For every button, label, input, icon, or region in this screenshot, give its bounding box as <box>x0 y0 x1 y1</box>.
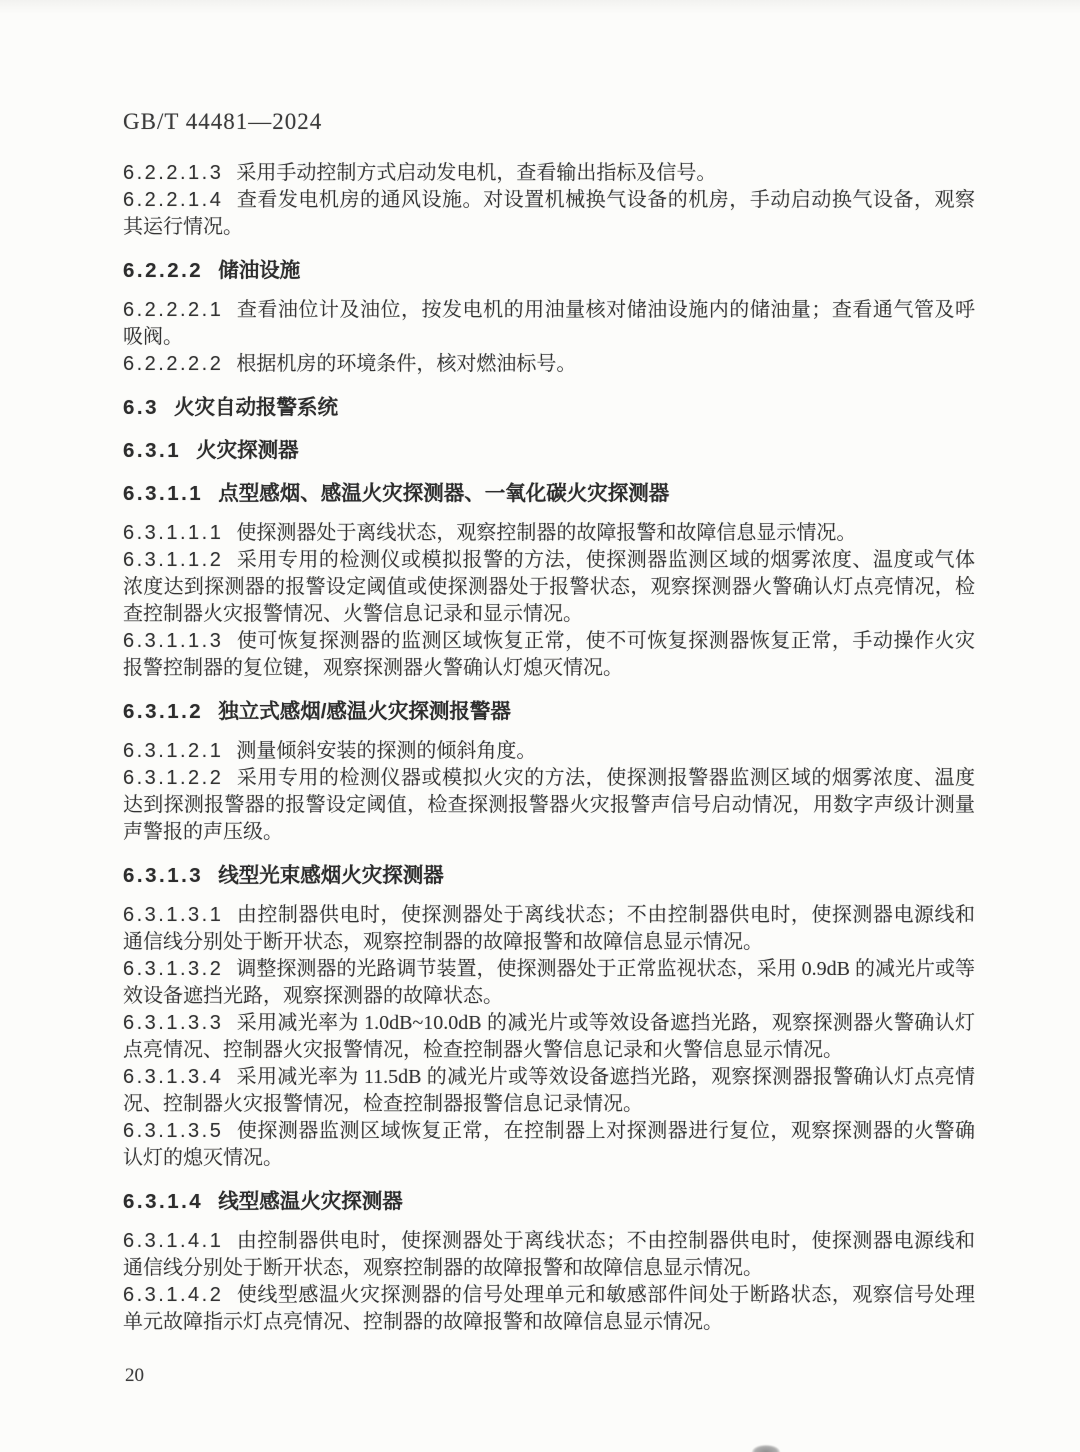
clause-text: 使探测器处于离线状态，观察控制器的故障报警和故障信息显示情况。 <box>236 522 856 544</box>
section-heading: 6.2.2.2储油设施 <box>123 257 975 284</box>
clause-number: 6.3.1.3.5 <box>123 1120 223 1142</box>
clause-text: 调整探测器的光路调节装置，使探测器处于正常监视状态，采用 0.9dB 的减光片或… <box>123 958 975 1007</box>
clause-number: 6.3.1.1.1 <box>123 522 223 544</box>
clause-paragraph: 6.2.2.1.4查看发电机房的通风设施。对设置机械换气设备的机房，手动启动换气… <box>123 187 975 241</box>
clause-paragraph: 6.2.2.1.3采用手动控制方式启动发电机，查看输出指标及信号。 <box>123 160 975 187</box>
clause-text: 采用手动控制方式启动发电机，查看输出指标及信号。 <box>236 162 716 184</box>
page-number: 20 <box>125 1364 144 1388</box>
clause-paragraph: 6.3.1.3.2调整探测器的光路调节装置，使探测器处于正常监视状态，采用 0.… <box>123 956 975 1010</box>
section-heading: 6.3.1.4线型感温火灾探测器 <box>123 1188 975 1215</box>
clause-number: 6.3.1.4.2 <box>123 1284 223 1306</box>
clause-text: 线型感温火灾探测器 <box>218 1190 403 1213</box>
clause-number: 6.2.2.2.2 <box>123 353 223 375</box>
clause-paragraph: 6.3.1.3.3采用减光率为 1.0dB~10.0dB 的减光片或等效设备遮挡… <box>123 1010 975 1064</box>
document-page: GB/T 44481—2024 6.2.2.1.3采用手动控制方式启动发电机，查… <box>0 0 1080 1452</box>
clause-text: 火灾探测器 <box>196 439 299 462</box>
clause-paragraph: 6.2.2.2.2根据机房的环境条件，核对燃油标号。 <box>123 351 975 378</box>
clause-text: 测量倾斜安装的探测的倾斜角度。 <box>236 740 536 762</box>
section-heading: 6.3.1.1点型感烟、感温火灾探测器、一氧化碳火灾探测器 <box>123 480 975 507</box>
clause-number: 6.3.1.1.3 <box>123 630 223 652</box>
clause-number: 6.2.2.2 <box>123 259 203 282</box>
clause-text: 采用专用的检测仪或模拟报警的方法，使探测器监测区域的烟雾浓度、温度或气体浓度达到… <box>123 549 975 625</box>
clause-number: 6.3.1.2 <box>123 700 203 723</box>
clause-paragraph: 6.3.1.4.2使线型感温火灾探测器的信号处理单元和敏感部件间处于断路状态，观… <box>123 1282 975 1336</box>
clause-number: 6.2.2.1.4 <box>123 189 223 211</box>
clause-number: 6.3.1.3.1 <box>123 904 223 926</box>
clause-text: 使线型感温火灾探测器的信号处理单元和敏感部件间处于断路状态，观察信号处理单元故障… <box>123 1284 975 1333</box>
clause-paragraph: 6.2.2.2.1查看油位计及油位，按发电机的用油量核对储油设施内的储油量；查看… <box>123 297 975 351</box>
clause-paragraph: 6.3.1.1.1使探测器处于离线状态，观察控制器的故障报警和故障信息显示情况。 <box>123 520 975 547</box>
clause-text: 由控制器供电时，使探测器处于离线状态；不由控制器供电时，使探测器电源线和通信线分… <box>123 904 975 953</box>
clause-paragraph: 6.3.1.1.3使可恢复探测器的监测区域恢复正常，使不可恢复探测器恢复正常，手… <box>123 628 975 682</box>
clause-text: 线型光束感烟火灾探测器 <box>218 864 444 887</box>
clause-number: 6.3.1.2.1 <box>123 740 223 762</box>
clause-number: 6.3.1.4 <box>123 1190 203 1213</box>
clause-paragraph: 6.3.1.3.5使探测器监测区域恢复正常，在控制器上对探测器进行复位，观察探测… <box>123 1118 975 1172</box>
document-body: 6.2.2.1.3采用手动控制方式启动发电机，查看输出指标及信号。6.2.2.1… <box>123 160 975 1336</box>
clause-number: 6.3.1.3 <box>123 864 203 887</box>
standard-number-header: GB/T 44481—2024 <box>123 108 975 135</box>
document-content: GB/T 44481—2024 6.2.2.1.3采用手动控制方式启动发电机，查… <box>123 108 975 1336</box>
clause-text: 由控制器供电时，使探测器处于离线状态；不由控制器供电时，使探测器电源线和通信线分… <box>123 1230 975 1279</box>
clause-number: 6.3.1.3.4 <box>123 1066 223 1088</box>
clause-text: 点型感烟、感温火灾探测器、一氧化碳火灾探测器 <box>218 482 669 505</box>
clause-text: 独立式感烟/感温火灾探测报警器 <box>218 700 511 723</box>
clause-text: 火灾自动报警系统 <box>174 396 338 419</box>
clause-number: 6.2.2.1.3 <box>123 162 223 184</box>
section-heading: 6.3.1.2独立式感烟/感温火灾探测报警器 <box>123 698 975 725</box>
clause-number: 6.3 <box>123 396 159 419</box>
section-heading: 6.3.1火灾探测器 <box>123 437 975 464</box>
clause-text: 使可恢复探测器的监测区域恢复正常，使不可恢复探测器恢复正常，手动操作火灾报警控制… <box>123 630 975 679</box>
clause-paragraph: 6.3.1.3.1由控制器供电时，使探测器处于离线状态；不由控制器供电时，使探测… <box>123 902 975 956</box>
clause-text: 查看发电机房的通风设施。对设置机械换气设备的机房，手动启动换气设备，观察其运行情… <box>123 189 975 238</box>
clause-number: 6.3.1.4.1 <box>123 1230 223 1252</box>
section-heading: 6.3.1.3线型光束感烟火灾探测器 <box>123 862 975 889</box>
clause-number: 6.3.1.1.2 <box>123 549 223 571</box>
clause-text: 采用专用的检测仪器或模拟火灾的方法，使探测报警器监测区域的烟雾浓度、温度达到探测… <box>123 767 975 843</box>
clause-number: 6.3.1.1 <box>123 482 203 505</box>
section-heading: 6.3火灾自动报警系统 <box>123 394 975 421</box>
clause-text: 采用减光率为 1.0dB~10.0dB 的减光片或等效设备遮挡光路，观察探测器火… <box>123 1012 975 1061</box>
clause-text: 查看油位计及油位，按发电机的用油量核对储油设施内的储油量；查看通气管及呼吸阀。 <box>123 299 975 348</box>
clause-text: 使探测器监测区域恢复正常，在控制器上对探测器进行复位，观察探测器的火警确认灯的熄… <box>123 1120 975 1169</box>
floating-button-fragment <box>752 1445 780 1452</box>
clause-paragraph: 6.3.1.4.1由控制器供电时，使探测器处于离线状态；不由控制器供电时，使探测… <box>123 1228 975 1282</box>
clause-text: 采用减光率为 11.5dB 的减光片或等效设备遮挡光路，观察探测器报警确认灯点亮… <box>123 1066 975 1115</box>
clause-paragraph: 6.3.1.2.1测量倾斜安装的探测的倾斜角度。 <box>123 738 975 765</box>
clause-paragraph: 6.3.1.1.2采用专用的检测仪或模拟报警的方法，使探测器监测区域的烟雾浓度、… <box>123 547 975 628</box>
clause-number: 6.2.2.2.1 <box>123 299 223 321</box>
clause-number: 6.3.1 <box>123 439 181 462</box>
clause-text: 根据机房的环境条件，核对燃油标号。 <box>236 353 576 375</box>
clause-number: 6.3.1.2.2 <box>123 767 223 789</box>
clause-text: 储油设施 <box>218 259 300 282</box>
clause-paragraph: 6.3.1.3.4采用减光率为 11.5dB 的减光片或等效设备遮挡光路，观察探… <box>123 1064 975 1118</box>
clause-number: 6.3.1.3.3 <box>123 1012 223 1034</box>
clause-paragraph: 6.3.1.2.2采用专用的检测仪器或模拟火灾的方法，使探测报警器监测区域的烟雾… <box>123 765 975 846</box>
clause-number: 6.3.1.3.2 <box>123 958 223 980</box>
